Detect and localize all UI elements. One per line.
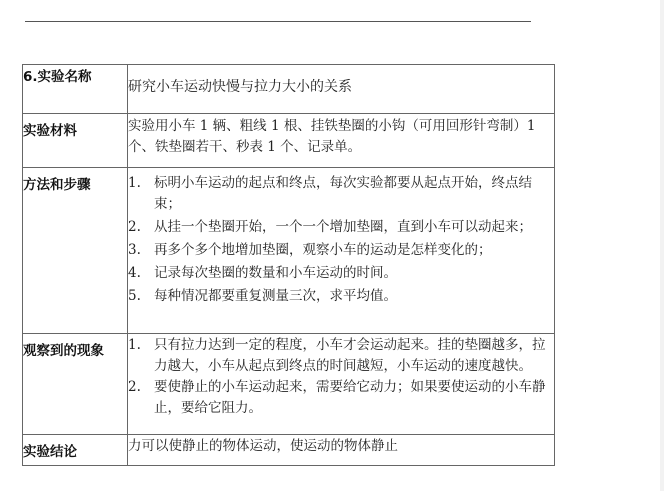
label-observations: 观察到的现象	[23, 334, 128, 435]
methods-list: 1.标明小车运动的起点和终点，每次实验都要从起点开始，终点结束； 2.从挂一个垫…	[128, 173, 554, 307]
step-number: 1.	[128, 173, 150, 194]
step-number: 4.	[128, 263, 150, 284]
list-item: 3.再多个多个地增加垫圈，观察小车的运动是怎样变化的；	[128, 240, 546, 261]
row-materials: 实验材料 实验用小车 1 辆、粗线 1 根、挂铁垫圈的小钩（可用回形针弯制）1 …	[23, 114, 555, 168]
step-text: 只有拉力达到一定的程度，小车才会运动起来。挂的垫圈越多，拉力越大，小车从起点到终…	[154, 337, 546, 374]
value-conclusion: 力可以使静止的物体运动，使运动的物体静止	[128, 435, 555, 466]
header-rule	[25, 21, 531, 22]
label-experiment-name: 6.实验名称	[23, 65, 128, 114]
list-item: 1.标明小车运动的起点和终点，每次实验都要从起点开始，终点结束；	[128, 173, 546, 215]
value-materials: 实验用小车 1 辆、粗线 1 根、挂铁垫圈的小钩（可用回形针弯制）1 个、铁垫圈…	[128, 114, 555, 168]
list-item: 2.要使静止的小车运动起来，需要给它动力；如果要使运动的小车静止，要给它阻力。	[128, 377, 546, 419]
value-methods: 1.标明小车运动的起点和终点，每次实验都要从起点开始，终点结束； 2.从挂一个垫…	[128, 168, 555, 334]
step-text: 每种情况都要重复测量三次，求平均值。	[154, 288, 397, 304]
list-item: 1.只有拉力达到一定的程度，小车才会运动起来。挂的垫圈越多，拉力越大，小车从起点…	[128, 335, 546, 377]
label-conclusion: 实验结论	[23, 435, 128, 466]
row-experiment-name: 6.实验名称 研究小车运动快慢与拉力大小的关系	[23, 65, 555, 114]
row-conclusion: 实验结论 力可以使静止的物体运动，使运动的物体静止	[23, 435, 555, 466]
row-observations: 观察到的现象 1.只有拉力达到一定的程度，小车才会运动起来。挂的垫圈越多，拉力越…	[23, 334, 555, 435]
observations-list: 1.只有拉力达到一定的程度，小车才会运动起来。挂的垫圈越多，拉力越大，小车从起点…	[128, 335, 554, 419]
step-text: 要使静止的小车运动起来，需要给它动力；如果要使运动的小车静止，要给它阻力。	[154, 379, 546, 416]
value-observations: 1.只有拉力达到一定的程度，小车才会运动起来。挂的垫圈越多，拉力越大，小车从起点…	[128, 334, 555, 435]
step-text: 记录每次垫圈的数量和小车运动的时间。	[154, 265, 397, 281]
list-item: 2.从挂一个垫圈开始，一个一个增加垫圈，直到小车可以动起来；	[128, 217, 546, 238]
step-text: 标明小车运动的起点和终点，每次实验都要从起点开始，终点结束；	[154, 175, 532, 212]
label-materials: 实验材料	[23, 114, 128, 168]
row-methods: 方法和步骤 1.标明小车运动的起点和终点，每次实验都要从起点开始，终点结束； 2…	[23, 168, 555, 334]
step-number: 3.	[128, 240, 150, 261]
list-item: 4.记录每次垫圈的数量和小车运动的时间。	[128, 263, 546, 284]
list-item: 5.每种情况都要重复测量三次，求平均值。	[128, 286, 546, 307]
step-number: 2.	[128, 217, 150, 238]
experiment-table: 6.实验名称 研究小车运动快慢与拉力大小的关系 实验材料 实验用小车 1 辆、粗…	[22, 64, 555, 466]
label-methods: 方法和步骤	[23, 168, 128, 334]
step-number: 1.	[128, 335, 150, 356]
step-number: 2.	[128, 377, 150, 398]
step-text: 从挂一个垫圈开始，一个一个增加垫圈，直到小车可以动起来；	[154, 219, 532, 235]
value-experiment-name: 研究小车运动快慢与拉力大小的关系	[128, 65, 555, 114]
page-edge	[660, 0, 664, 491]
step-text: 再多个多个地增加垫圈，观察小车的运动是怎样变化的；	[154, 242, 492, 258]
step-number: 5.	[128, 286, 150, 307]
